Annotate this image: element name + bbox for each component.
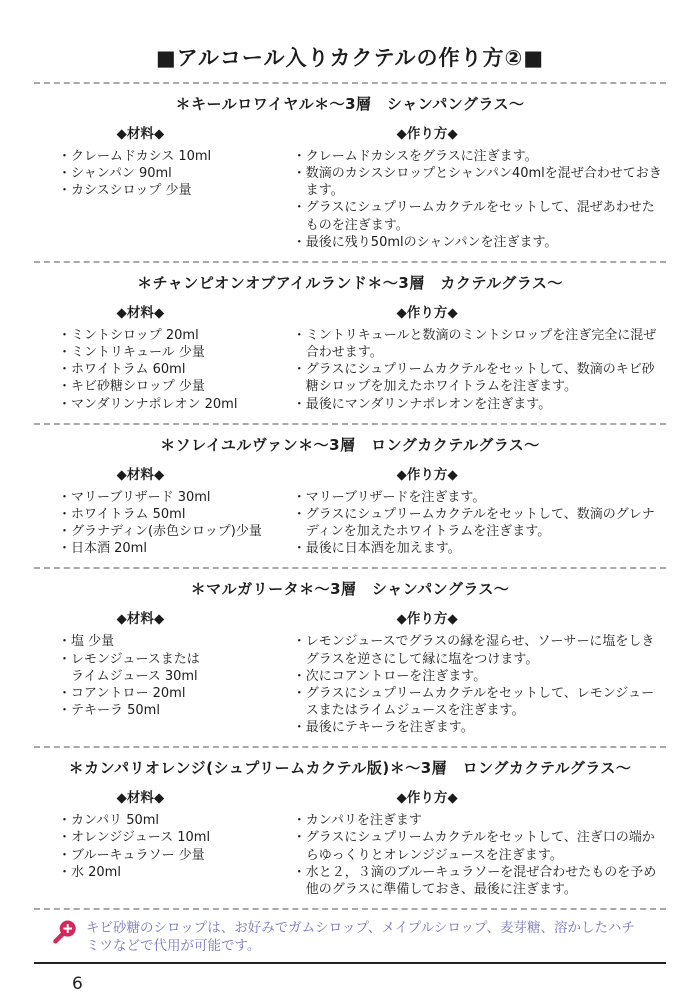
ingredients-column: ◆材料◆・塩 少量・レモンジュースまたは ライムジュース 30ml・コアントロー… [34,605,287,736]
ingredients-column: ◆材料◆・ミントシロップ 20ml・ミントリキュール 少量・ホワイトラム 60m… [34,299,287,413]
ingredients-column: ◆材料◆・クレームドカシス 10ml・シャンパン 90ml・カシスシロップ 少量 [34,120,287,251]
instruction-step: ・グラスにシュプリームカクテルをセットして、注ぎ口の端からゆっくりとオレンジジュ… [293,829,666,863]
recipe-columns: ◆材料◆・マリーブリザード 30ml・ホワイトラム 50ml・グラナディン(赤色… [34,461,666,558]
page-title: ■アルコール入りカクテルの作り方②■ [34,42,666,72]
recipe-columns: ◆材料◆・クレームドカシス 10ml・シャンパン 90ml・カシスシロップ 少量… [34,120,666,251]
recipe-title: ＊キールロワイヤル＊～3層 シャンパングラス～ [34,93,666,114]
recipe-title: ＊マルガリータ＊～3層 シャンパングラス～ [34,578,666,599]
instructions-header: ◆作り方◆ [293,463,562,483]
ingredients-list: ・ミントシロップ 20ml・ミントリキュール 少量・ホワイトラム 60ml・キビ… [58,327,287,413]
ingredient-item: ・カンパリ 50ml [58,812,287,829]
ingredients-header: ◆材料◆ [58,786,223,806]
instructions-header: ◆作り方◆ [293,786,562,806]
instruction-step: ・水と２，３滴のブルーキュラソーを混ぜ合わせたものを予め他のグラスに準備しておき… [293,864,666,898]
instructions-list: ・カンパリを注ぎます・グラスにシュプリームカクテルをセットして、注ぎ口の端からゆ… [293,812,666,898]
ingredient-item: ・テキーラ 50ml [58,702,287,719]
section-divider [34,567,666,569]
recipe-title: ＊カンパリオレンジ(シュプリームカクテル版)＊～3層 ロングカクテルグラス～ [34,757,666,778]
recipe-title: ＊チャンピオンオブアイルランド＊～3層 カクテルグラス～ [34,272,666,293]
instruction-step: ・最後に日本酒を加えます。 [293,540,666,557]
ingredient-item: ・ホワイトラム 50ml [58,506,287,523]
ingredient-item: ・オレンジジュース 10ml [58,829,287,846]
magnifier-plus-icon [52,919,78,945]
recipe-section: ＊ソレイユルヴァン＊～3層 ロングカクテルグラス～◆材料◆・マリーブリザード 3… [34,423,666,558]
instruction-step: ・レモンジュースでグラスの縁を湿らせ、ソーサーに塩をしきグラスを逆さにして縁に塩… [293,633,666,667]
section-divider [34,82,666,84]
instructions-list: ・マリーブリザードを注ぎます。・グラスにシュプリームカクテルをセットして、数滴の… [293,489,666,558]
document-page: ■アルコール入りカクテルの作り方②■ ＊キールロワイヤル＊～3層 シャンパングラ… [0,0,700,1004]
ingredients-header: ◆材料◆ [58,607,223,627]
section-divider [34,423,666,425]
ingredient-item: ・ミントリキュール 少量 [58,344,287,361]
instructions-header: ◆作り方◆ [293,301,562,321]
section-divider [34,746,666,748]
instructions-column: ◆作り方◆・カンパリを注ぎます・グラスにシュプリームカクテルをセットして、注ぎ口… [287,784,666,898]
instruction-step: ・次にコアントローを注ぎます。 [293,668,666,685]
ingredients-header: ◆材料◆ [58,122,223,142]
instruction-step: ・グラスにシュプリームカクテルをセットして、数滴のグレナディンを加えたホワイトラ… [293,506,666,540]
ingredient-item: ・マリーブリザード 30ml [58,489,287,506]
instruction-step: ・最後にテキーラを注ぎます。 [293,719,666,736]
recipe-section: ＊チャンピオンオブアイルランド＊～3層 カクテルグラス～◆材料◆・ミントシロップ… [34,261,666,413]
ingredient-item: ・マンダリンナポレオン 20ml [58,396,287,413]
instructions-column: ◆作り方◆・クレームドカシスをグラスに注ぎます。・数滴のカシスシロップとシャンパ… [287,120,666,251]
ingredient-item: ・シャンパン 90ml [58,165,287,182]
instruction-step: ・最後に残り50mlのシャンパンを注ぎます。 [293,234,666,251]
ingredient-item: ・キビ砂糖シロップ 少量 [58,378,287,395]
ingredient-item: ・塩 少量 [58,633,287,650]
instruction-step: ・グラスにシュプリームカクテルをセットして、数滴のキビ砂糖シロップを加えたホワイ… [293,361,666,395]
instruction-step: ・数滴のカシスシロップとシャンパン40mlを混ぜ合わせておきます。 [293,165,666,199]
ingredients-column: ◆材料◆・マリーブリザード 30ml・ホワイトラム 50ml・グラナディン(赤色… [34,461,287,558]
recipe-section: ＊キールロワイヤル＊～3層 シャンパングラス～◆材料◆・クレームドカシス 10m… [34,82,666,251]
ingredients-header: ◆材料◆ [58,301,223,321]
instruction-step: ・ミントリキュールと数滴のミントシロップを注ぎ完全に混ぜ合わせます。 [293,327,666,361]
instructions-list: ・レモンジュースでグラスの縁を湿らせ、ソーサーに塩をしきグラスを逆さにして縁に塩… [293,633,666,736]
recipe-columns: ◆材料◆・カンパリ 50ml・オレンジジュース 10ml・ブルーキュラソー 少量… [34,784,666,898]
recipe-section: ＊マルガリータ＊～3層 シャンパングラス～◆材料◆・塩 少量・レモンジュースまた… [34,567,666,736]
recipes-container: ＊キールロワイヤル＊～3層 シャンパングラス～◆材料◆・クレームドカシス 10m… [34,82,666,898]
instruction-step: ・クレームドカシスをグラスに注ぎます。 [293,148,666,165]
section-divider [34,261,666,263]
ingredient-item: ・コアントロー 20ml [58,685,287,702]
ingredients-header: ◆材料◆ [58,463,223,483]
instructions-list: ・クレームドカシスをグラスに注ぎます。・数滴のカシスシロップとシャンパン40ml… [293,148,666,251]
ingredients-list: ・塩 少量・レモンジュースまたは ライムジュース 30ml・コアントロー 20m… [58,633,287,719]
instructions-list: ・ミントリキュールと数滴のミントシロップを注ぎ完全に混ぜ合わせます。・グラスにシ… [293,327,666,413]
recipe-columns: ◆材料◆・ミントシロップ 20ml・ミントリキュール 少量・ホワイトラム 60m… [34,299,666,413]
instructions-column: ◆作り方◆・ミントリキュールと数滴のミントシロップを注ぎ完全に混ぜ合わせます。・… [287,299,666,413]
ingredients-list: ・カンパリ 50ml・オレンジジュース 10ml・ブルーキュラソー 少量・水 2… [58,812,287,881]
instruction-step: ・カンパリを注ぎます [293,812,666,829]
recipe-title: ＊ソレイユルヴァン＊～3層 ロングカクテルグラス～ [34,434,666,455]
instruction-step: ・グラスにシュプリームカクテルをセットして、混ぜあわせたものを注ぎます。 [293,199,666,233]
instructions-column: ◆作り方◆・レモンジュースでグラスの縁を湿らせ、ソーサーに塩をしきグラスを逆さに… [287,605,666,736]
ingredient-item: ・日本酒 20ml [58,540,287,557]
instruction-step: ・マリーブリザードを注ぎます。 [293,489,666,506]
ingredient-item: ・クレームドカシス 10ml [58,148,287,165]
instruction-step: ・最後にマンダリンナポレオンを注ぎます。 [293,396,666,413]
recipe-columns: ◆材料◆・塩 少量・レモンジュースまたは ライムジュース 30ml・コアントロー… [34,605,666,736]
ingredient-item: ・ミントシロップ 20ml [58,327,287,344]
instructions-column: ◆作り方◆・マリーブリザードを注ぎます。・グラスにシュプリームカクテルをセットし… [287,461,666,558]
instruction-step: ・グラスにシュプリームカクテルをセットして、レモンジュースまたはライムジュースを… [293,685,666,719]
instructions-header: ◆作り方◆ [293,607,562,627]
ingredient-item: ・ホワイトラム 60ml [58,361,287,378]
footnote: キビ砂糖のシロップは、お好みでガムシロップ、メイプルシロップ、麦芽糖、溶かしたハ… [52,919,666,955]
ingredient-item: ・グラナディン(赤色シロップ)少量 [58,523,287,540]
recipe-section: ＊カンパリオレンジ(シュプリームカクテル版)＊～3層 ロングカクテルグラス～◆材… [34,746,666,898]
footnote-text: キビ砂糖のシロップは、お好みでガムシロップ、メイプルシロップ、麦芽糖、溶かしたハ… [86,919,646,955]
section-divider [34,908,666,910]
ingredient-item: ・カシスシロップ 少量 [58,182,287,199]
ingredient-item: ・レモンジュースまたは ライムジュース 30ml [58,651,287,685]
footer-divider [34,962,666,964]
ingredients-list: ・クレームドカシス 10ml・シャンパン 90ml・カシスシロップ 少量 [58,148,287,199]
ingredients-list: ・マリーブリザード 30ml・ホワイトラム 50ml・グラナディン(赤色シロップ… [58,489,287,558]
instructions-header: ◆作り方◆ [293,122,562,142]
ingredient-item: ・水 20ml [58,864,287,881]
ingredients-column: ◆材料◆・カンパリ 50ml・オレンジジュース 10ml・ブルーキュラソー 少量… [34,784,287,898]
ingredient-item: ・ブルーキュラソー 少量 [58,847,287,864]
